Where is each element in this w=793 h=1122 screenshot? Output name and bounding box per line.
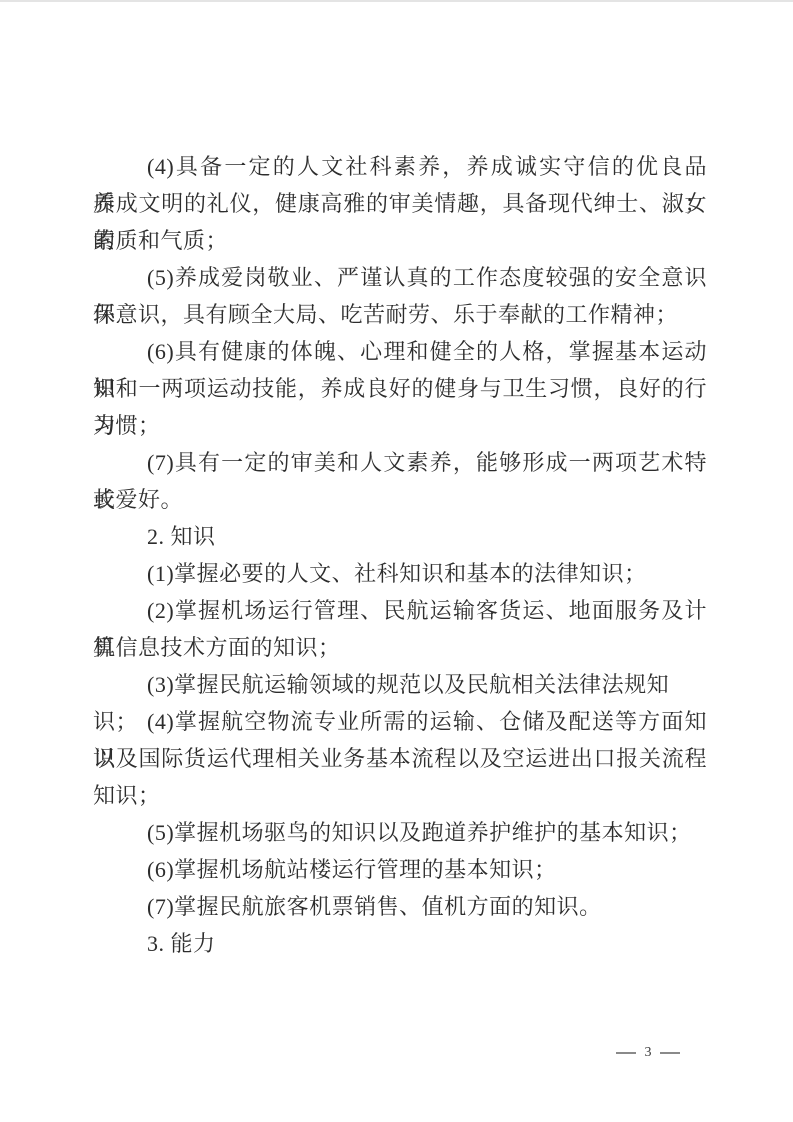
text-line: (1)掌握必要的人文、社科知识和基本的法律知识；: [93, 555, 707, 592]
text-line: 3. 能力: [93, 925, 707, 962]
page-footer: 3: [616, 1045, 680, 1061]
text-line: (6)掌握机场航站楼运行管理的基本知识；: [93, 851, 707, 888]
text-line: (4)掌握航空物流专业所需的运输、仓储及配送等方面知识: [93, 703, 707, 740]
document-page: (4)具备一定的人文社科素养，养成诚实守信的优良品质；养成文明的礼仪，健康高雅的…: [0, 0, 793, 1122]
text-line: 识和一两项运动技能，养成良好的健身与卫生习惯，良好的行为: [93, 370, 707, 407]
text-line: (5)养成爱岗敬业、严谨认真的工作态度较强的安全意识环: [93, 259, 707, 296]
text-line: (6)具有健康的体魄、心理和健全的人格，掌握基本运动知: [93, 333, 707, 370]
text-line: (7)具有一定的审美和人文素养，能够形成一两项艺术特长: [93, 444, 707, 481]
text-block: (4)具备一定的人文社科素养，养成诚实守信的优良品质；养成文明的礼仪，健康高雅的…: [93, 148, 707, 962]
footer-dash-left: [616, 1052, 636, 1054]
text-line: 以及国际货运代理相关业务基本流程以及空运进出口报关流程: [93, 740, 707, 777]
text-line: (7)掌握民航旅客机票销售、值机方面的知识。: [93, 888, 707, 925]
text-line: 保意识，具有顾全大局、吃苦耐劳、乐于奉献的工作精神；: [93, 296, 707, 333]
text-line: 机信息技术方面的知识；: [93, 629, 707, 666]
text-line: 或爱好。: [93, 481, 707, 518]
text-line: (4)具备一定的人文社科素养，养成诚实守信的优良品质；: [93, 148, 707, 185]
text-line: 知识；: [93, 777, 707, 814]
text-line: (3)掌握民航运输领域的规范以及民航相关法律法规知识；: [93, 666, 707, 703]
text-line: 2. 知识: [93, 518, 707, 555]
text-line: (2)掌握机场运行管理、民航运输客货运、地面服务及计算: [93, 592, 707, 629]
page-number: 3: [645, 1045, 652, 1061]
scan-edge-artifact: [0, 0, 793, 2]
text-line: (5)掌握机场驱鸟的知识以及跑道养护维护的基本知识；: [93, 814, 707, 851]
text-line: 习惯；: [93, 407, 707, 444]
footer-dash-right: [660, 1052, 680, 1054]
text-line: 养成文明的礼仪，健康高雅的审美情趣，具备现代绅士、淑女的: [93, 185, 707, 222]
text-line: 素质和气质；: [93, 222, 707, 259]
